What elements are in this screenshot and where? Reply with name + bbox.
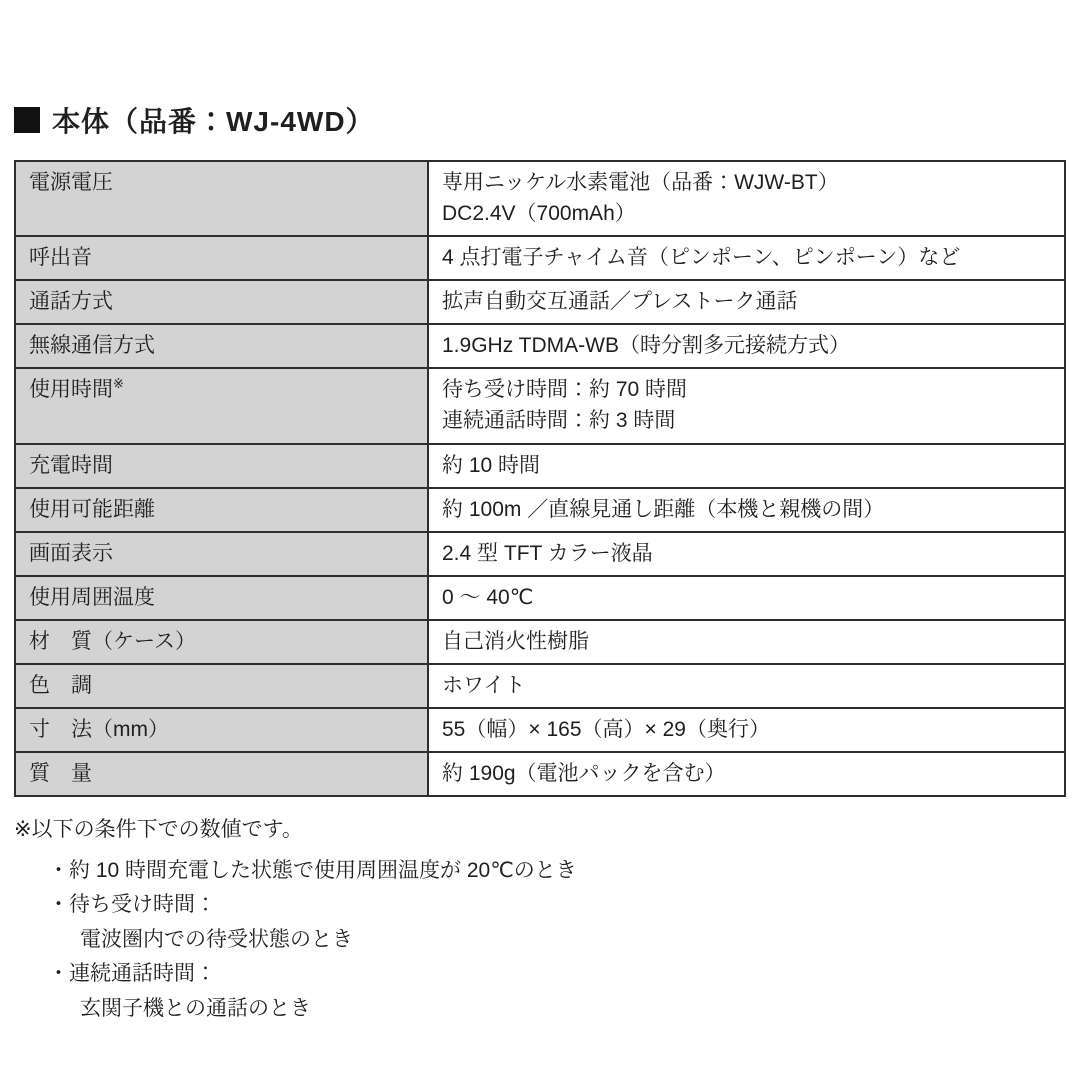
black-square-icon	[14, 107, 40, 133]
spec-row: 通話方式拡声自動交互通話／プレストーク通話	[15, 280, 1065, 324]
spec-sheet-content: 本体（品番：WJ-4WD） 電源電圧専用ニッケル水素電池（品番：WJW-BT） …	[14, 100, 1066, 1026]
spec-row: 使用周囲温度0 ～ 40℃	[15, 576, 1065, 620]
page-title-text: 本体（品番：WJ-4WD）	[52, 100, 375, 140]
spec-row: 無線通信方式1.9GHz TDMA-WB（時分割多元接続方式）	[15, 324, 1065, 368]
spec-value: 約 10 時間	[428, 444, 1065, 488]
page-title: 本体（品番：WJ-4WD）	[14, 100, 1066, 140]
spec-row: 充電時間約 10 時間	[15, 444, 1065, 488]
footnote-item: 玄関子機との通話のとき	[14, 992, 1066, 1026]
spec-row: 質 量約 190g（電池パックを含む）	[15, 752, 1065, 796]
spec-value: 自己消火性樹脂	[428, 620, 1065, 664]
spec-label: 使用周囲温度	[15, 576, 428, 620]
spec-label: 無線通信方式	[15, 324, 428, 368]
spec-row: 画面表示2.4 型 TFT カラー液晶	[15, 532, 1065, 576]
spec-label: 寸 法（mm）	[15, 708, 428, 752]
spec-value: 0 ～ 40℃	[428, 576, 1065, 620]
spec-row: 使用可能距離約 100m ／直線見通し距離（本機と親機の間）	[15, 488, 1065, 532]
spec-table: 電源電圧専用ニッケル水素電池（品番：WJW-BT） DC2.4V（700mAh）…	[14, 160, 1066, 797]
spec-value: 待ち受け時間：約 70 時間 連続通話時間：約 3 時間	[428, 368, 1065, 443]
spec-value: 約 100m ／直線見通し距離（本機と親機の間）	[428, 488, 1065, 532]
footnote-heading: ※以下の条件下での数値です。	[14, 813, 1066, 847]
spec-label: 電源電圧	[15, 161, 428, 236]
spec-row: 色 調ホワイト	[15, 664, 1065, 708]
footnote-item: 電波圏内での待受状態のとき	[14, 923, 1066, 957]
footnote-item: ・約 10 時間充電した状態で使用周囲温度が 20℃のとき	[14, 854, 1066, 888]
spec-value: 専用ニッケル水素電池（品番：WJW-BT） DC2.4V（700mAh）	[428, 161, 1065, 236]
spec-label: 色 調	[15, 664, 428, 708]
spec-value: 4 点打電子チャイム音（ピンポーン、ピンポーン）など	[428, 236, 1065, 280]
spec-row: 使用時間※待ち受け時間：約 70 時間 連続通話時間：約 3 時間	[15, 368, 1065, 443]
spec-label: 呼出音	[15, 236, 428, 280]
footnote-item: ・連続通話時間：	[14, 957, 1066, 991]
spec-row: 材 質（ケース）自己消火性樹脂	[15, 620, 1065, 664]
spec-label: 充電時間	[15, 444, 428, 488]
spec-label: 通話方式	[15, 280, 428, 324]
spec-sheet-page: 本体（品番：WJ-4WD） 電源電圧専用ニッケル水素電池（品番：WJW-BT） …	[0, 0, 1080, 1080]
spec-label: 画面表示	[15, 532, 428, 576]
footnote-item: ・待ち受け時間：	[14, 888, 1066, 922]
spec-row: 電源電圧専用ニッケル水素電池（品番：WJW-BT） DC2.4V（700mAh）	[15, 161, 1065, 236]
spec-value: 拡声自動交互通話／プレストーク通話	[428, 280, 1065, 324]
spec-row: 呼出音4 点打電子チャイム音（ピンポーン、ピンポーン）など	[15, 236, 1065, 280]
spec-label: 使用時間※	[15, 368, 428, 443]
footnote-reference-mark: ※	[113, 376, 124, 391]
spec-table-body: 電源電圧専用ニッケル水素電池（品番：WJW-BT） DC2.4V（700mAh）…	[15, 161, 1065, 796]
spec-value: ホワイト	[428, 664, 1065, 708]
spec-value: 約 190g（電池パックを含む）	[428, 752, 1065, 796]
spec-value: 55（幅）× 165（高）× 29（奥行）	[428, 708, 1065, 752]
spec-label: 質 量	[15, 752, 428, 796]
spec-row: 寸 法（mm）55（幅）× 165（高）× 29（奥行）	[15, 708, 1065, 752]
spec-value: 2.4 型 TFT カラー液晶	[428, 532, 1065, 576]
footnotes: ※以下の条件下での数値です。・約 10 時間充電した状態で使用周囲温度が 20℃…	[14, 813, 1066, 1026]
spec-label: 材 質（ケース）	[15, 620, 428, 664]
spec-label: 使用可能距離	[15, 488, 428, 532]
spec-value: 1.9GHz TDMA-WB（時分割多元接続方式）	[428, 324, 1065, 368]
